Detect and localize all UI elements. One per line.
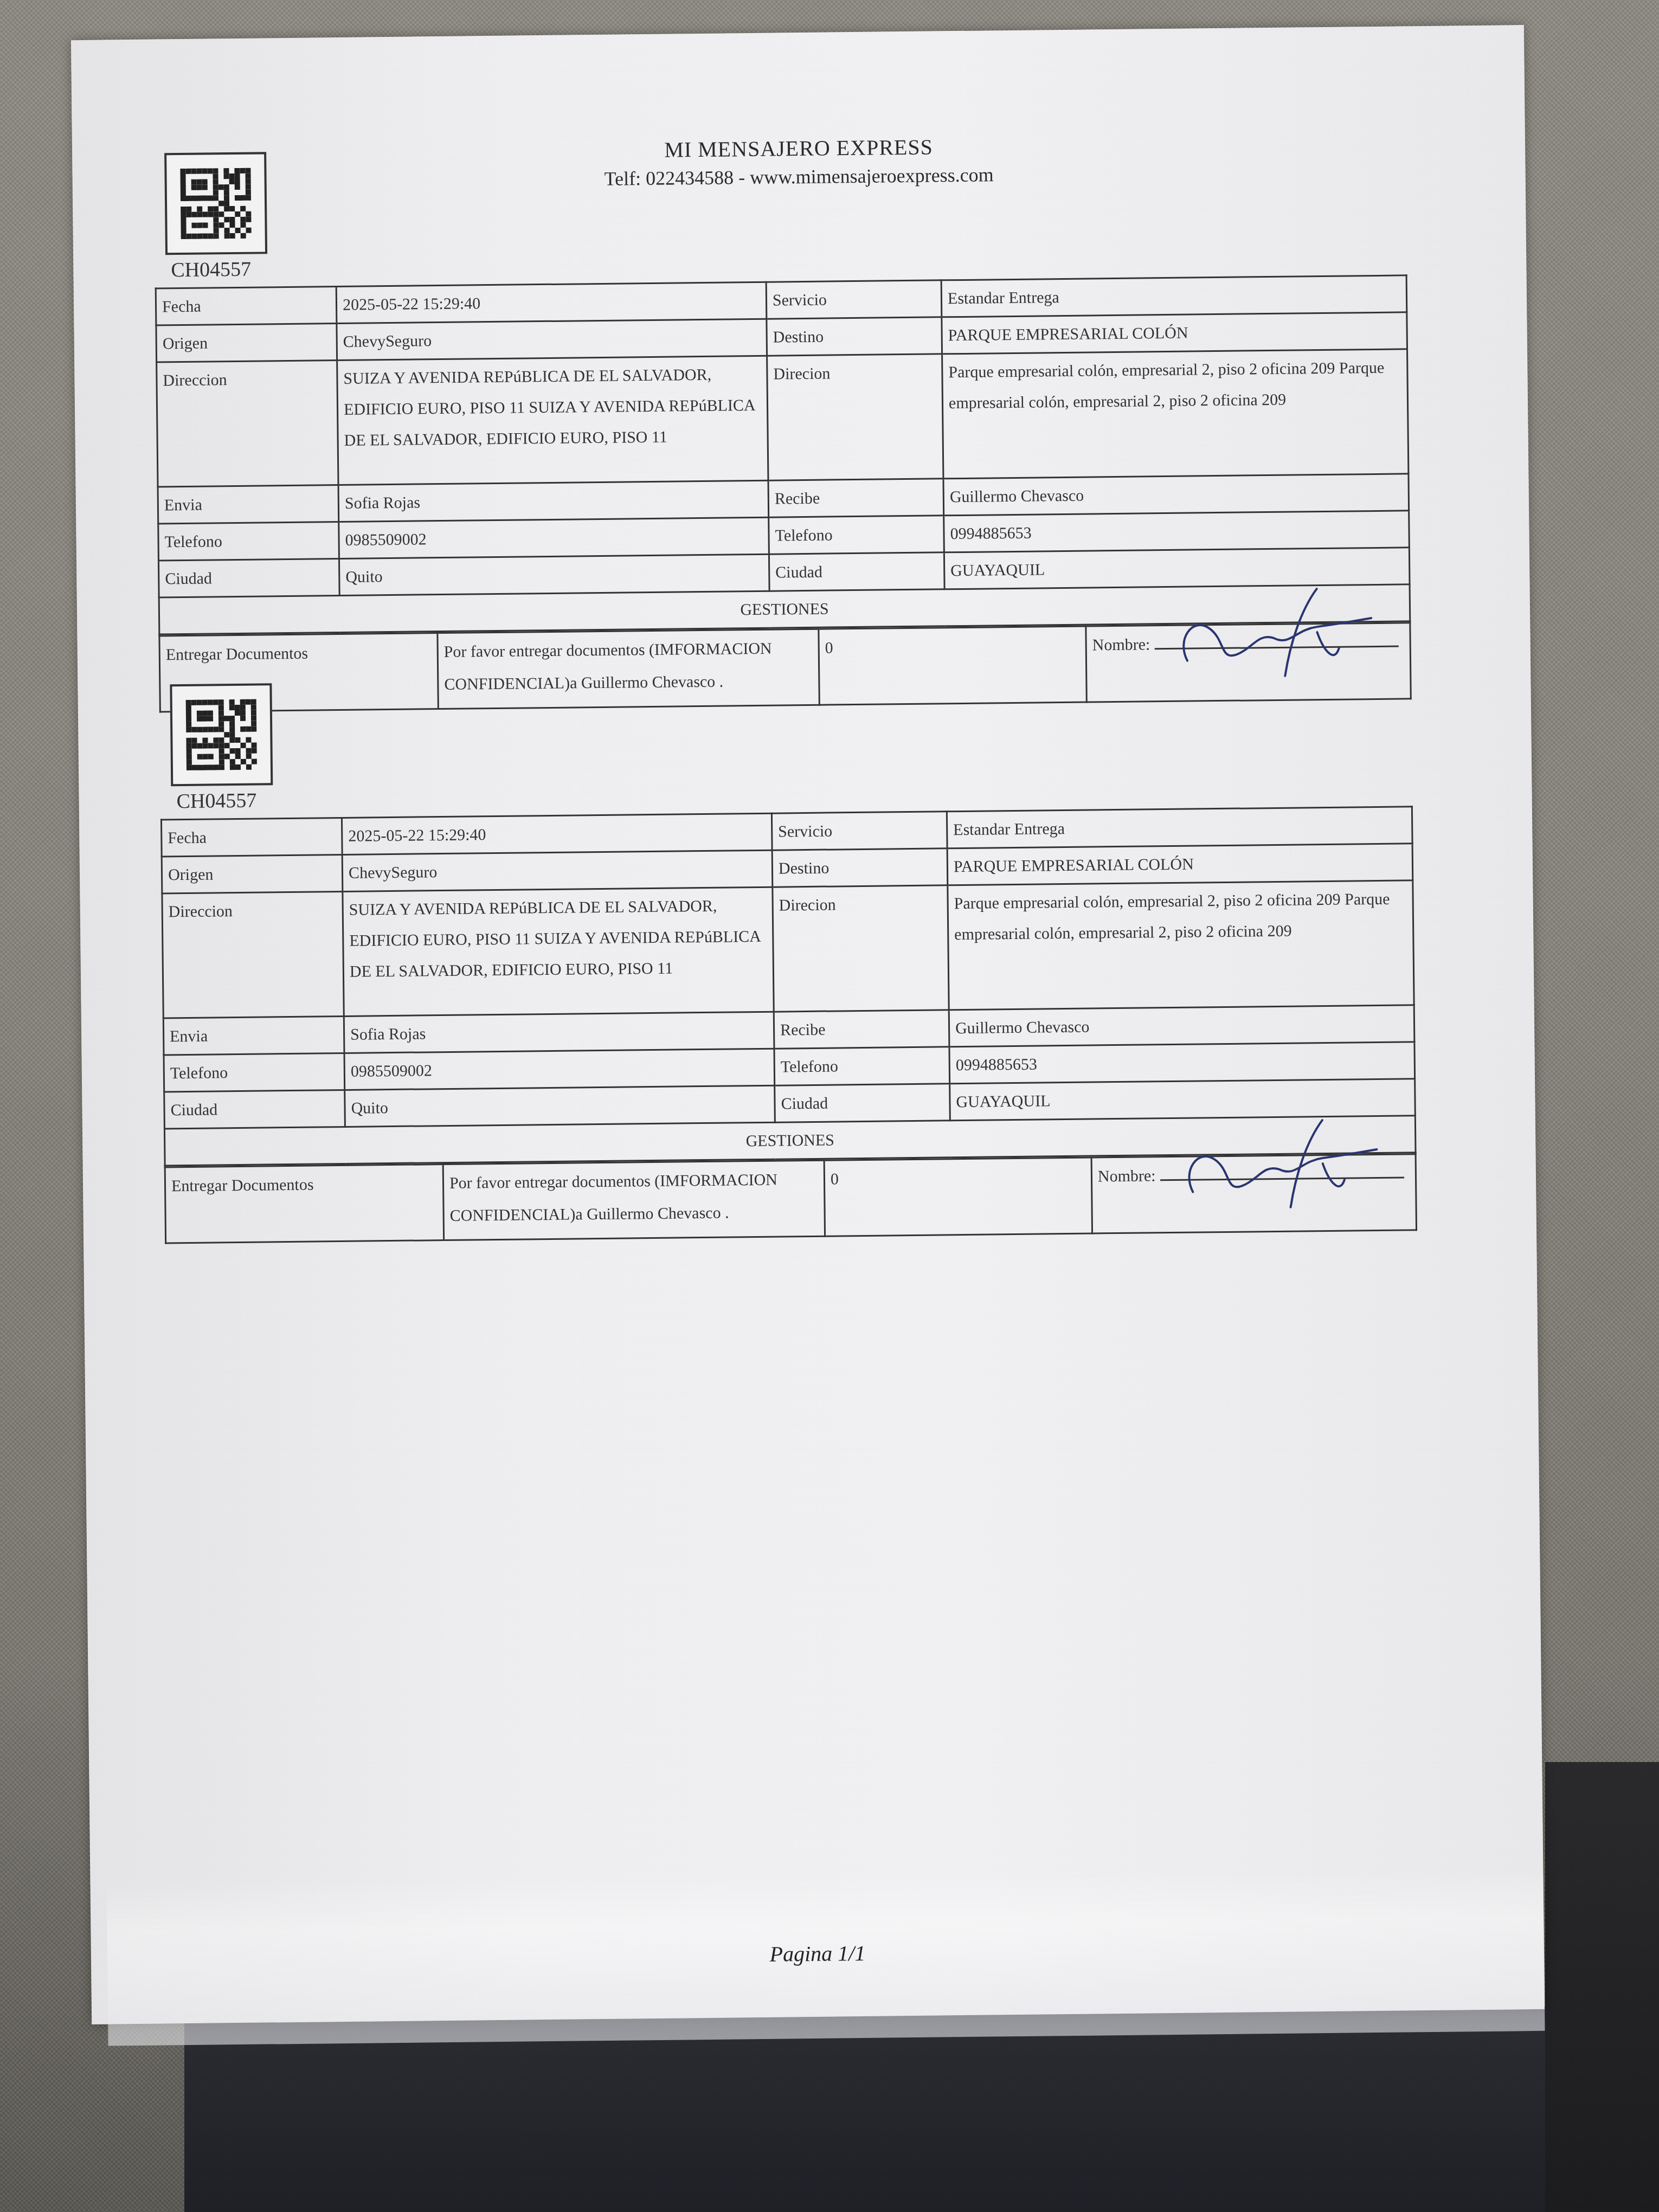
destino-value: PARQUE EMPRESARIAL COLÓN [942,312,1407,354]
signature-line [1160,1158,1404,1181]
recibe-value: Guillermo Chevasco [943,474,1409,516]
direccion-destino-label: Direcion [773,885,949,1012]
ciudad-origen-value: Quito [345,1085,775,1127]
gestiones-table: Entregar Documentos Por favor entregar d… [164,1153,1417,1244]
telefono-envia-value: 0985509002 [344,1049,775,1090]
origen-value: ChevySeguro [337,319,767,360]
shipping-form-copy-1: CH04557 Fecha 2025-05-22 15:29:40 Servic… [153,140,1412,712]
servicio-value: Estandar Entrega [941,275,1407,317]
destino-label: Destino [767,317,942,356]
direccion-origen-value: SUIZA Y AVENIDA REPúBLICA DE EL SALVADOR… [343,887,774,1016]
telefono-recibe-value: 0994885653 [944,511,1410,552]
fecha-label: Fecha [161,818,342,856]
ciudad-origen-label: Ciudad [164,1090,345,1128]
destino-label: Destino [772,848,948,887]
gestion-quantity: 0 [824,1158,1092,1236]
telefono-envia-label: Telefono [164,1053,345,1091]
origen-label: Origen [156,324,337,362]
handwritten-signature [1159,1108,1410,1219]
origen-value: ChevySeguro [342,850,773,891]
ciudad-destino-label: Ciudad [775,1084,950,1122]
direccion-destino-label: Direcion [767,354,943,480]
origen-label: Origen [162,854,343,893]
recibe-label: Recibe [774,1010,949,1049]
destino-value: PARQUE EMPRESARIAL COLÓN [947,844,1413,885]
fecha-value: 2025-05-22 15:29:40 [342,813,772,854]
direccion-origen-value: SUIZA Y AVENIDA REPúBLICA DE EL SALVADOR… [337,356,768,485]
qr-code-icon [164,152,267,255]
signature-line [1154,626,1398,650]
telefono-recibe-label: Telefono [769,516,944,554]
gestion-type: Entregar Documentos [165,1165,443,1243]
telefono-envia-value: 0985509002 [339,517,769,558]
ciudad-destino-label: Ciudad [769,552,944,591]
recibe-value: Guillermo Chevasco [949,1005,1414,1047]
envia-value: Sofia Rojas [338,480,769,522]
direccion-destino-value: Parque empresarial colón, empresarial 2,… [948,880,1414,1010]
shipping-sheet: MI MENSAJERO EXPRESS Telf: 022434588 - w… [71,25,1545,2024]
direccion-origen-label: Direccion [157,361,338,487]
envia-label: Envia [163,1016,344,1054]
gestion-description: Por favor entregar documentos (IMFORMACI… [443,1160,825,1240]
nombre-label: Nombre: [1098,1160,1156,1193]
shipping-form-copy-2: CH04557 Fecha 2025-05-22 15:29:40 Servic… [159,671,1417,1244]
direccion-destino-value: Parque empresarial colón, empresarial 2,… [942,349,1409,479]
signature-cell: Nombre: [1091,1154,1416,1233]
servicio-label: Servicio [771,812,947,850]
envia-label: Envia [158,485,339,524]
recibe-label: Recibe [768,479,944,517]
qr-code-icon [170,683,273,786]
servicio-label: Servicio [766,280,942,319]
fecha-label: Fecha [156,287,337,325]
telefono-envia-label: Telefono [158,522,339,561]
telefono-recibe-label: Telefono [774,1047,950,1085]
ciudad-origen-label: Ciudad [158,559,339,597]
fecha-value: 2025-05-22 15:29:40 [336,282,767,323]
background-dark-right [1545,1762,1659,2212]
servicio-value: Estandar Entrega [947,807,1412,848]
telefono-recibe-value: 0994885653 [949,1042,1415,1084]
ciudad-origen-value: Quito [339,554,769,595]
direccion-origen-label: Direccion [162,891,344,1018]
nombre-label: Nombre: [1092,628,1150,661]
envia-value: Sofia Rojas [344,1012,774,1053]
